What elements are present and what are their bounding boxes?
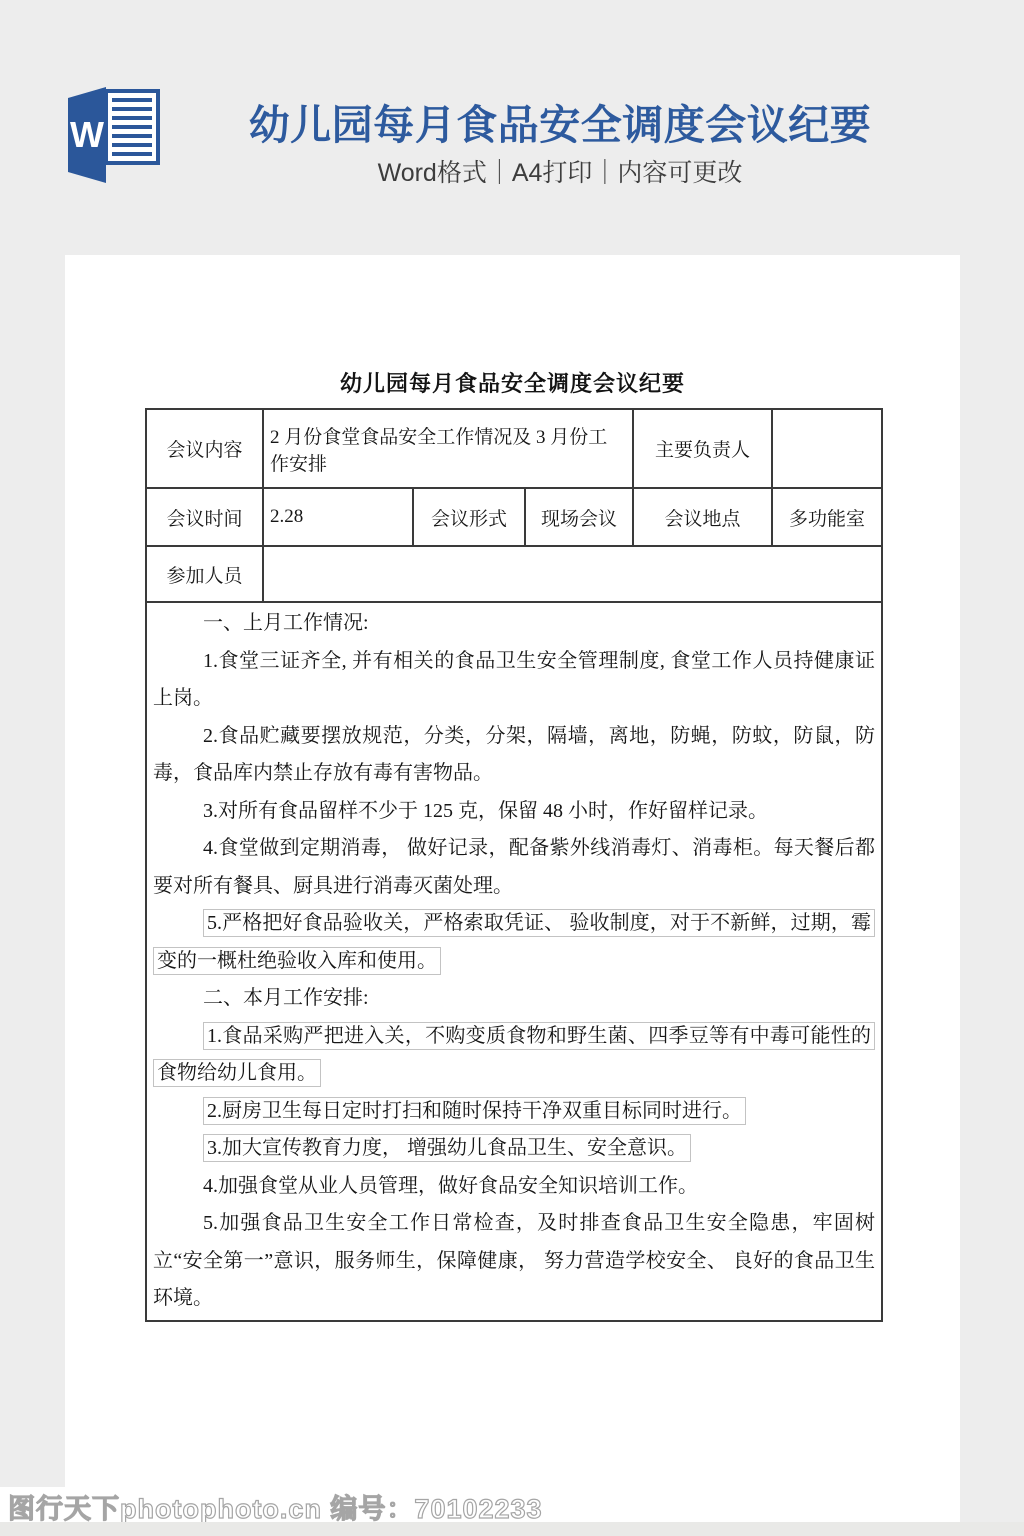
- section-heading: 二、本月工作安排:: [153, 980, 875, 1018]
- table-row: 会议内容 2 月份食堂食品安全工作情况及 3 月份工作安排 主要负责人: [146, 409, 882, 488]
- body-paragraph-highlighted: 1.食品采购严把进入关，不购变质食物和野生菌、四季豆等有中毒可能性的食物给幼儿食…: [153, 1018, 875, 1093]
- label-meeting-content: 会议内容: [146, 409, 263, 488]
- template-subtitle: Word格式｜A4打印｜内容可更改: [205, 153, 915, 189]
- body-paragraph: 4.食堂做到定期消毒， 做好记录，配备紫外线消毒灯、消毒柜。每天餐后都要对所有餐…: [153, 830, 875, 905]
- meeting-info-table: 会议内容 2 月份食堂食品安全工作情况及 3 月份工作安排 主要负责人 会议时间…: [145, 408, 883, 1322]
- label-meeting-place: 会议地点: [633, 488, 772, 546]
- value-meeting-content: 2 月份食堂食品安全工作情况及 3 月份工作安排: [263, 409, 633, 488]
- body-paragraph: 3.对所有食品留样不少于 125 克，保留 48 小时，作好留样记录。: [153, 793, 875, 831]
- value-meeting-form: 现场会议: [525, 488, 633, 546]
- doc-title: 幼儿园每月食品安全调度会议纪要: [65, 367, 960, 398]
- table-row: 一、上月工作情况: 1.食堂三证齐全, 并有相关的食品卫生安全管理制度, 食堂工…: [146, 602, 882, 1321]
- body-paragraph-highlighted: 2.厨房卫生每日定时打扫和随时保持干净双重目标同时进行。: [153, 1093, 875, 1131]
- body-paragraph: 2.食品贮藏要摆放规范，分类，分架，隔墙，离地，防蝇，防蚊，防鼠，防毒，食品库内…: [153, 718, 875, 793]
- body-paragraph: 4.加强食堂从业人员管理，做好食品安全知识培训工作。: [153, 1168, 875, 1206]
- label-meeting-time: 会议时间: [146, 488, 263, 546]
- table-row: 会议时间 2.28 会议形式 现场会议 会议地点 多功能室: [146, 488, 882, 546]
- watermark-text: 图行天下photophoto.cn 编号：70102233: [8, 1487, 543, 1526]
- body-paragraph-highlighted: 5.严格把好食品验收关，严格索取凭证、 验收制度，对于不新鲜，过期，霉变的一概杜…: [153, 905, 875, 980]
- label-person-in-charge: 主要负责人: [633, 409, 772, 488]
- value-participants: [263, 546, 882, 602]
- meeting-body-cell: 一、上月工作情况: 1.食堂三证齐全, 并有相关的食品卫生安全管理制度, 食堂工…: [146, 602, 882, 1321]
- watermark-bar: 图行天下photophoto.cn 编号：70102233: [0, 1487, 960, 1522]
- bottom-strip: [0, 1522, 1024, 1536]
- page: W 幼儿园每月食品安全调度会议纪要 Word格式｜A4打印｜内容可更改 幼儿园每…: [0, 0, 1024, 1536]
- highlight-box: 5.严格把好食品验收关，严格索取凭证、 验收制度，对于不新鲜，过期，霉变的一概杜…: [153, 909, 875, 975]
- template-title: 幼儿园每月食品安全调度会议纪要: [205, 92, 915, 151]
- section-heading: 一、上月工作情况:: [153, 605, 875, 643]
- word-w-letter: W: [70, 114, 104, 155]
- label-meeting-form: 会议形式: [413, 488, 525, 546]
- body-paragraph: 1.食堂三证齐全, 并有相关的食品卫生安全管理制度, 食堂工作人员持健康证上岗。: [153, 643, 875, 718]
- highlight-box: 3.加大宣传教育力度， 增强幼儿食品卫生、安全意识。: [203, 1134, 691, 1162]
- value-person-in-charge: [772, 409, 882, 488]
- table-row: 参加人员: [146, 546, 882, 602]
- highlight-box: 2.厨房卫生每日定时打扫和随时保持干净双重目标同时进行。: [203, 1097, 746, 1125]
- value-meeting-place: 多功能室: [772, 488, 882, 546]
- word-logo-icon: W: [58, 83, 168, 187]
- highlight-box: 1.食品采购严把进入关，不购变质食物和野生菌、四季豆等有中毒可能性的食物给幼儿食…: [153, 1022, 875, 1088]
- body-paragraph: 5.加强食品卫生安全工作日常检查，及时排查食品卫生安全隐患，牢固树立“安全第一”…: [153, 1205, 875, 1318]
- body-paragraph-highlighted: 3.加大宣传教育力度， 增强幼儿食品卫生、安全意识。: [153, 1130, 875, 1168]
- document-sheet: 幼儿园每月食品安全调度会议纪要 会议内容 2 月份食堂食品安全工作情况及 3 月…: [65, 255, 960, 1522]
- label-participants: 参加人员: [146, 546, 263, 602]
- value-meeting-time: 2.28: [263, 488, 413, 546]
